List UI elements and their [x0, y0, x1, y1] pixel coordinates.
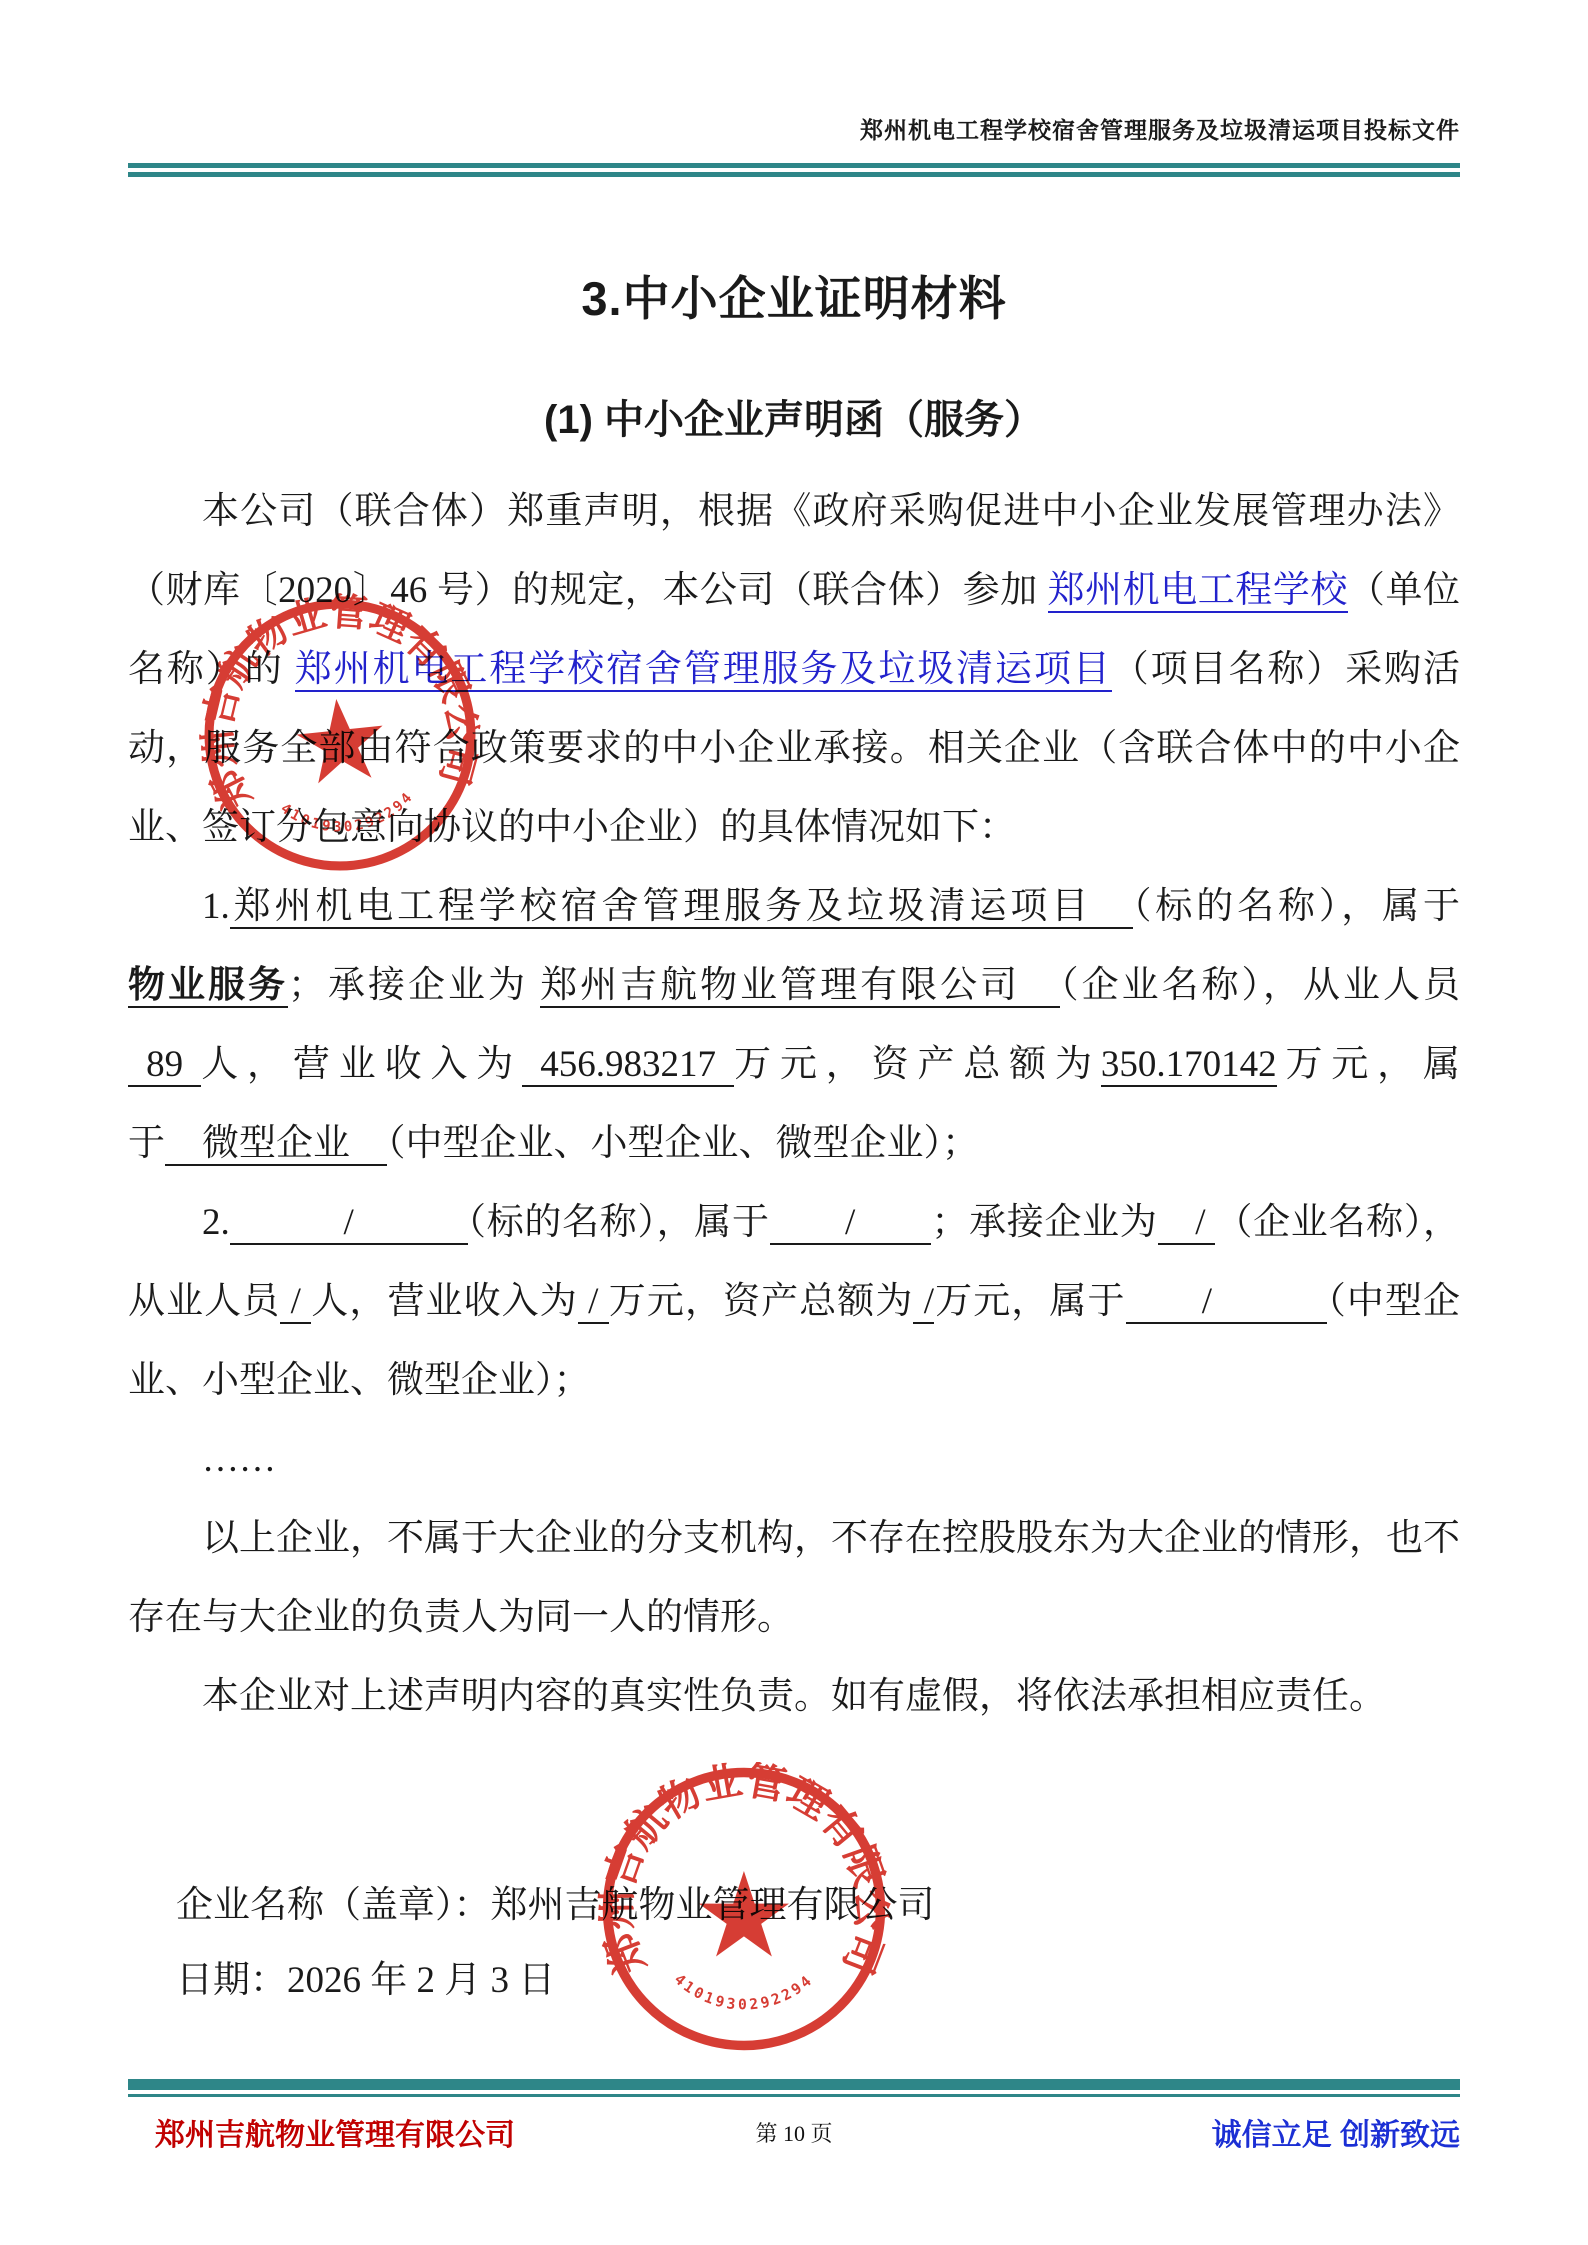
text-segment: 2.: [202, 1202, 230, 1243]
text-segment: （企业名称），从业人员: [1060, 965, 1460, 1006]
signature-company-line: 企业名称（盖章）：郑州吉航物业管理有限公司: [176, 1868, 935, 1943]
text-segment: /: [230, 1202, 468, 1245]
text-segment: 1.: [202, 886, 230, 927]
text-segment: 人，营业收入为: [201, 1044, 522, 1085]
page-title: 3.中小企业证明材料: [0, 262, 1588, 329]
text-segment: 本企业对上述声明内容的真实性负责。如有虚假，将依法承担相应责任。: [202, 1676, 1386, 1717]
paragraph: 本公司（联合体）郑重声明，根据《政府采购促进中小企业发展管理办法》（财库〔202…: [128, 472, 1460, 867]
text-segment: /: [1158, 1202, 1216, 1245]
text-segment: （标的名称），属于: [468, 1202, 770, 1243]
declaration-body: 本公司（联合体）郑重声明，根据《政府采购促进中小企业发展管理办法》（财库〔202…: [128, 472, 1460, 1736]
header-rule-top: [128, 163, 1460, 168]
paragraph: 以上企业，不属于大企业的分支机构，不存在控股股东为大企业的情形，也不存在与大企业…: [128, 1499, 1460, 1657]
text-segment: 物业服务: [128, 965, 288, 1008]
signature-date-line: 日期：2026 年 2 月 3 日: [176, 1943, 935, 2018]
text-segment: 郑州机电工程学校: [1048, 570, 1348, 613]
text-segment: 万元，资产总额为: [734, 1044, 1101, 1085]
text-segment: 郑州机电工程学校宿舍管理服务及垃圾清运项目: [295, 649, 1112, 692]
header-doc-title: 郑州机电工程学校宿舍管理服务及垃圾清运项目投标文件: [128, 112, 1460, 145]
section-subtitle: (1) 中小企业声明函（服务）: [0, 388, 1588, 445]
header-rule-bottom: [128, 172, 1460, 177]
text-segment: /: [770, 1202, 932, 1245]
text-segment: /: [280, 1281, 311, 1324]
signature-block: 企业名称（盖章）：郑州吉航物业管理有限公司 日期：2026 年 2 月 3 日: [176, 1868, 935, 2018]
text-segment: 89: [128, 1044, 201, 1087]
text-segment: ；承接企业为: [288, 965, 540, 1006]
text-segment: 万元，资产总额为: [609, 1281, 914, 1322]
text-segment: 350.170142: [1101, 1044, 1277, 1087]
paragraph: ……: [128, 1420, 1460, 1499]
text-segment: （中型企业、小型企业、微型企业）；: [387, 1123, 979, 1164]
text-segment: （标的名称），属于: [1133, 886, 1460, 927]
text-segment: 人，营业收入为: [311, 1281, 578, 1322]
text-segment: 郑州吉航物业管理有限公司: [540, 965, 1060, 1008]
text-segment: 郑州机电工程学校宿舍管理服务及垃圾清运项目: [230, 886, 1133, 929]
paragraph: 本企业对上述声明内容的真实性负责。如有虚假，将依法承担相应责任。: [128, 1657, 1460, 1736]
text-segment: /: [913, 1281, 934, 1324]
text-segment: /: [1126, 1281, 1328, 1324]
text-segment: 微型企业: [165, 1123, 387, 1166]
text-segment: 以上企业，不属于大企业的分支机构，不存在控股股东为大企业的情形，也不存在与大企业…: [128, 1518, 1460, 1638]
text-segment: 万元，属于: [934, 1281, 1125, 1322]
text-segment: 456.983217: [522, 1044, 734, 1087]
text-segment: ……: [202, 1439, 276, 1480]
paragraph: 2. / （标的名称），属于 / ；承接企业为 / （企业名称），从业人员 / …: [128, 1183, 1460, 1420]
footer-rule-thick: [128, 2079, 1460, 2090]
footer-slogan: 诚信立足 创新致远: [128, 2110, 1460, 2154]
text-segment: ；承接企业为: [931, 1202, 1157, 1243]
paragraph: 1.郑州机电工程学校宿舍管理服务及垃圾清运项目 （标的名称），属于物业服务；承接…: [128, 867, 1460, 1183]
text-segment: /: [578, 1281, 609, 1324]
footer-rule-thin: [128, 2094, 1460, 2097]
document-page: 郑州机电工程学校宿舍管理服务及垃圾清运项目投标文件 3.中小企业证明材料 (1)…: [0, 0, 1588, 2245]
